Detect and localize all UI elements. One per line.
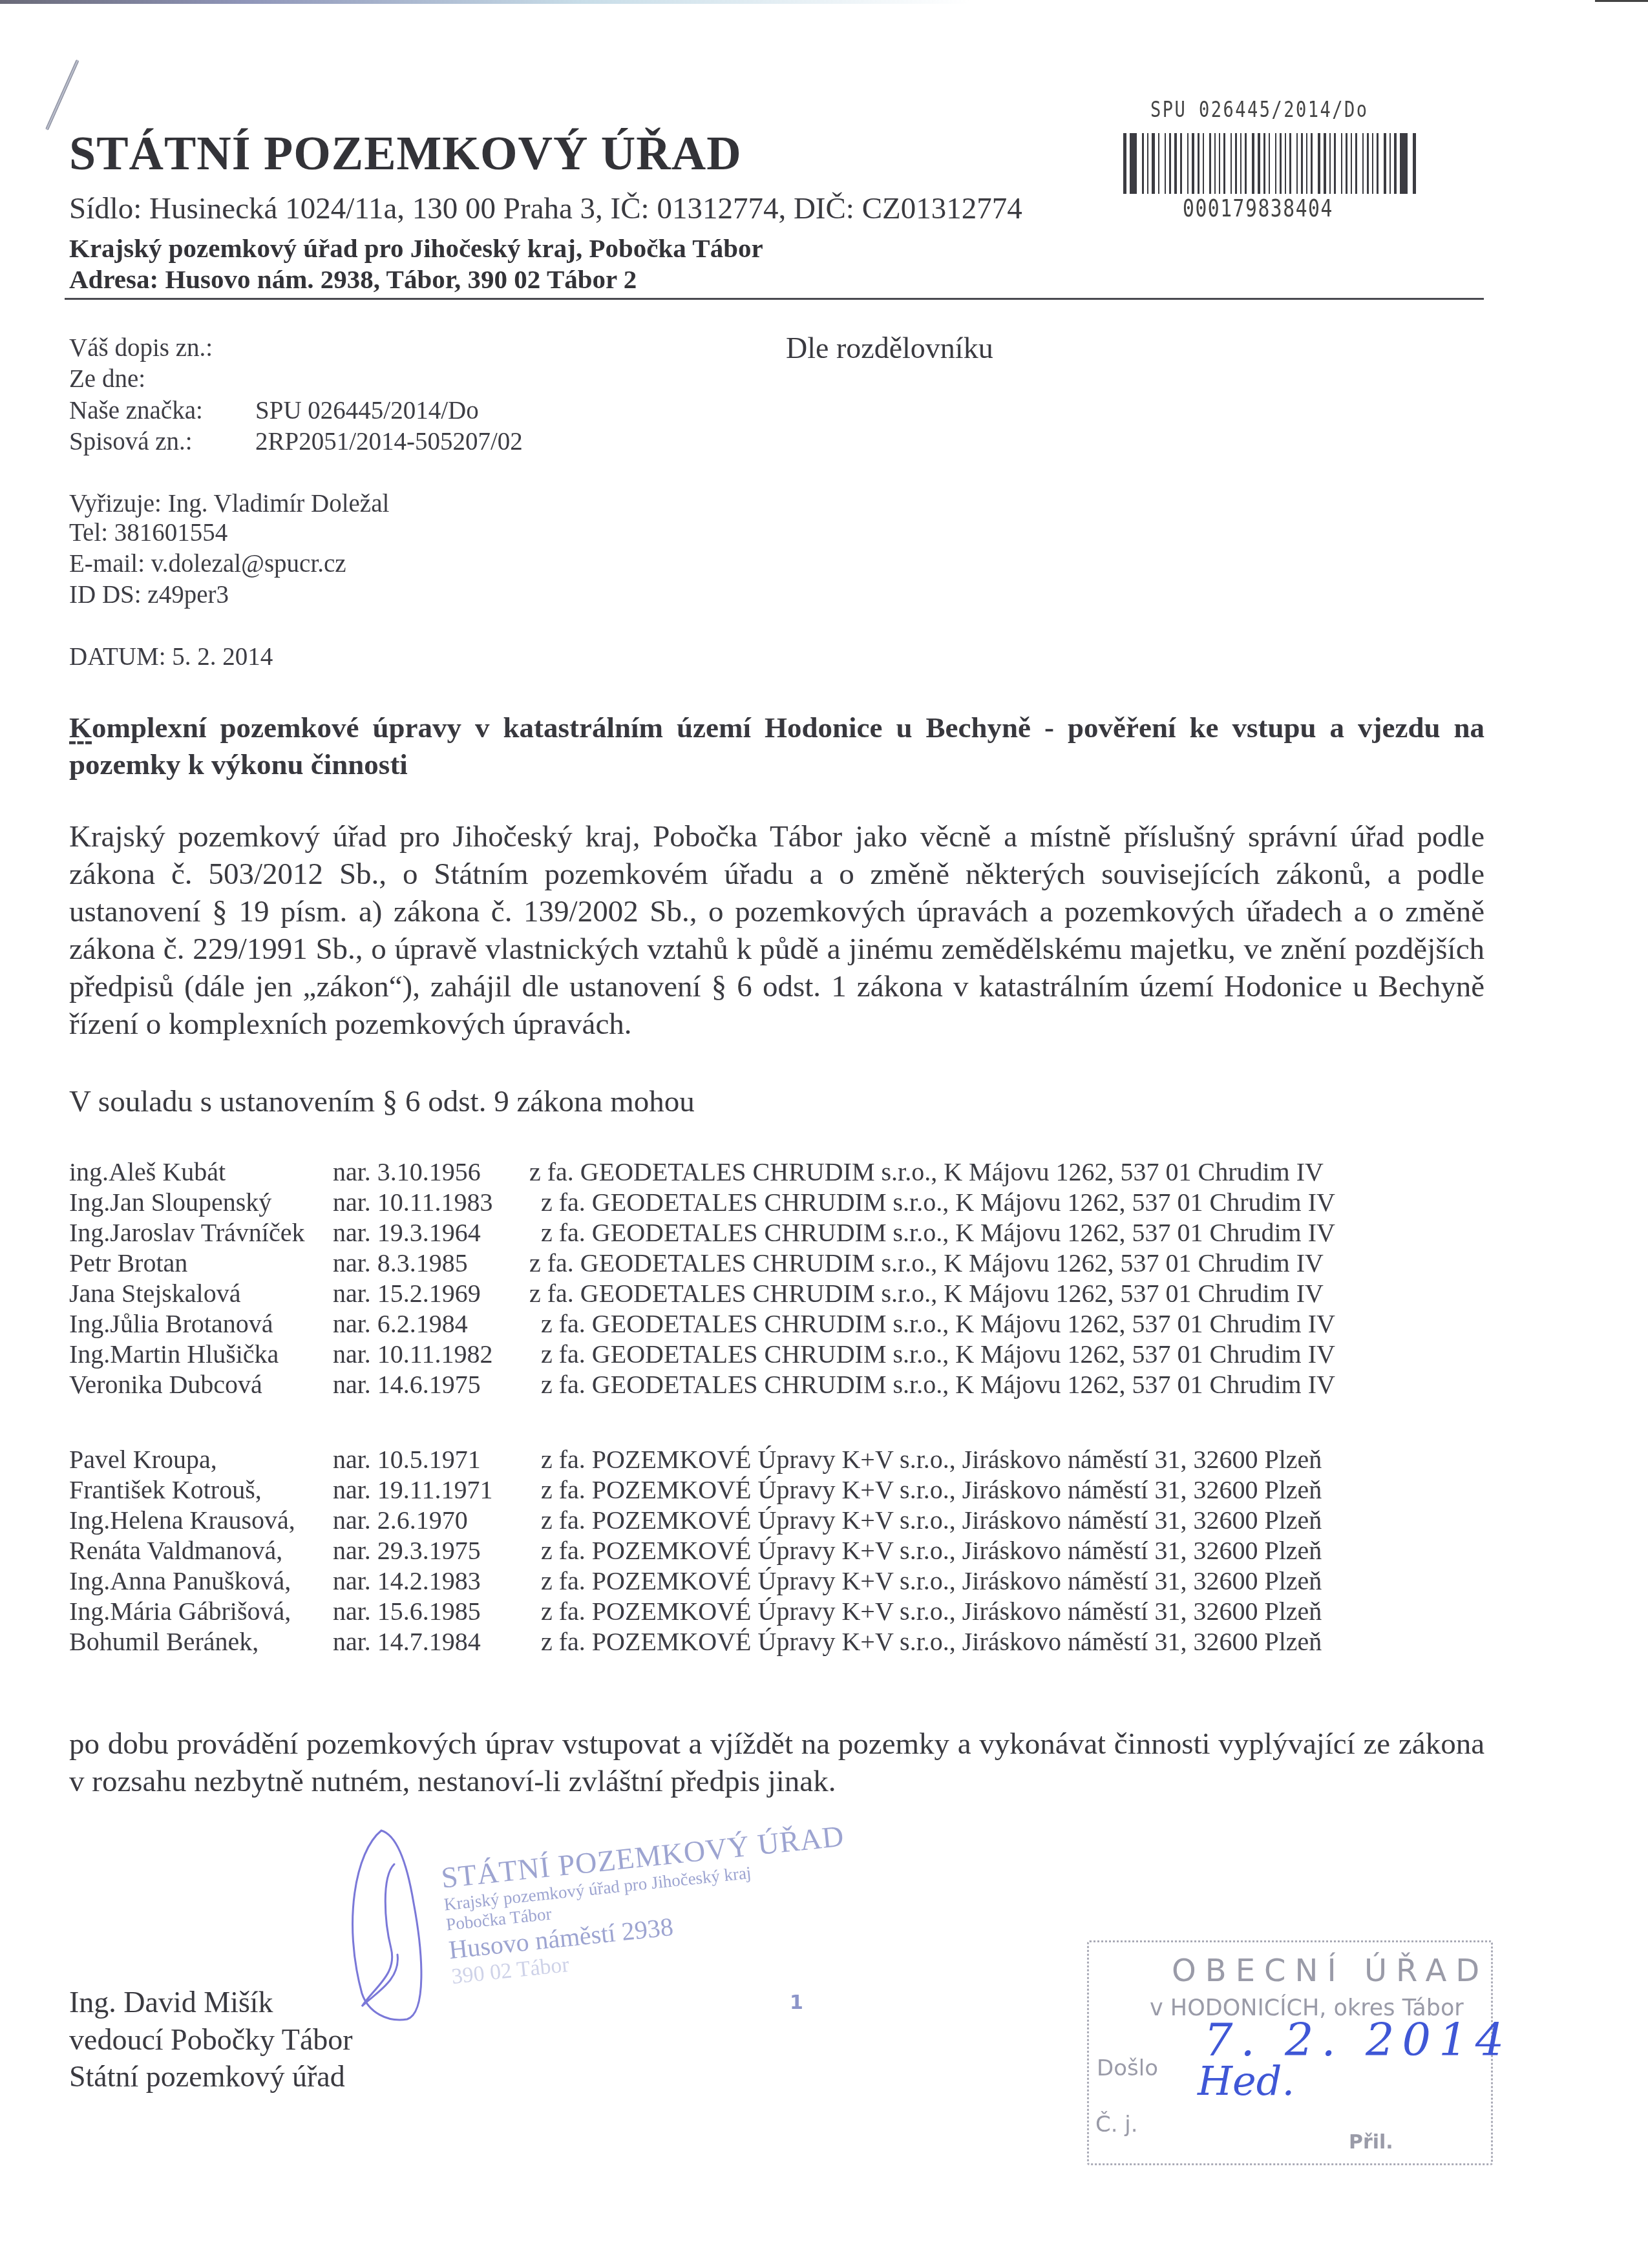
- person-name: Bohumil Beránek,: [69, 1626, 259, 1657]
- person-firm: z fa. POZEMKOVÉ Úpravy K+V s.r.o., Jirás…: [541, 1566, 1322, 1596]
- person-name: Petr Brotan: [69, 1248, 187, 1278]
- person-firm: z fa. GEODETALES CHRUDIM s.r.o., K Májov…: [541, 1369, 1335, 1400]
- signatory-name: Ing. David Mišík: [69, 1985, 273, 2019]
- person-birthdate: nar. 19.11.1971: [333, 1475, 492, 1505]
- contact-phone: Tel: 381601554: [69, 518, 227, 547]
- list-item: ing.Aleš Kubátnar. 3.10.1956z fa. GEODET…: [69, 1157, 1491, 1187]
- person-birthdate: nar. 6.2.1984: [333, 1308, 468, 1339]
- body-paragraph-2: V souladu s ustanovením § 6 odst. 9 záko…: [69, 1083, 1484, 1120]
- scan-edge-artifact: [0, 0, 969, 4]
- scan-corner-mark: [1595, 0, 1648, 2]
- barcode-reference: SPU 026445/2014/Do: [1150, 97, 1369, 122]
- person-name: ing.Aleš Kubát: [69, 1157, 226, 1187]
- signatory-organization: Státní pozemkový úřad: [69, 2059, 345, 2094]
- receipt-stamp-initials: Hed.: [1198, 2057, 1294, 2105]
- list-item: Jana Stejskalovánar. 15.2.1969z fa. GEOD…: [69, 1278, 1491, 1308]
- person-name: Ing.Anna Panušková,: [69, 1566, 291, 1596]
- reference-value-file: 2RP2051/2014-505207/02: [255, 427, 523, 456]
- person-name: Jana Stejskalová: [69, 1278, 241, 1308]
- recipient: Dle rozdělovníku: [786, 331, 993, 365]
- person-name: Ing.Jaroslav Trávníček: [69, 1217, 304, 1248]
- letterhead-title: STÁTNÍ POZEMKOVÝ ÚŘAD: [69, 127, 742, 182]
- receipt-stamp-received-label: Došlo: [1097, 2055, 1158, 2081]
- subject-heading: Komplexní pozemkové úpravy v katastrální…: [69, 709, 1484, 783]
- receipt-stamp-ref-label: Č. j.: [1095, 2112, 1138, 2137]
- person-firm: z fa. GEODETALES CHRUDIM s.r.o., K Májov…: [529, 1278, 1324, 1308]
- list-item: Ing.Anna Panušková,nar. 14.2.1983z fa. P…: [69, 1566, 1491, 1596]
- person-birthdate: nar. 14.6.1975: [333, 1369, 481, 1400]
- person-birthdate: nar. 2.6.1970: [333, 1505, 468, 1535]
- reference-value-our-ref: SPU 026445/2014/Do: [255, 396, 479, 425]
- person-name: Ing.Jůlia Brotanová: [69, 1308, 273, 1339]
- person-firm: z fa. GEODETALES CHRUDIM s.r.o., K Májov…: [529, 1248, 1324, 1278]
- list-item: František Kotrouš,nar. 19.11.1971z fa. P…: [69, 1475, 1491, 1505]
- persons-list-pozemkove-upravy: Pavel Kroupa,nar. 10.5.1971z fa. POZEMKO…: [69, 1444, 1491, 1657]
- person-firm: z fa. GEODETALES CHRUDIM s.r.o., K Májov…: [541, 1308, 1335, 1339]
- list-item: Ing.Jaroslav Trávníčeknar. 19.3.1964z fa…: [69, 1217, 1491, 1248]
- list-item: Veronika Dubcovánar. 14.6.1975z fa. GEOD…: [69, 1369, 1491, 1400]
- list-item: Ing.Martin Hlušičkanar. 10.11.1982z fa. …: [69, 1339, 1491, 1369]
- reference-label-date-from: Ze dne:: [69, 364, 145, 394]
- person-name: Ing.Martin Hlušička: [69, 1339, 279, 1369]
- receipt-stamp: OBECNÍ ÚŘAD v HODONICÍCH, okres Tábor Do…: [1087, 1940, 1493, 2165]
- person-firm: z fa. POZEMKOVÉ Úpravy K+V s.r.o., Jirás…: [541, 1535, 1322, 1566]
- list-item: Ing.Helena Krausová,nar. 2.6.1970z fa. P…: [69, 1505, 1491, 1535]
- person-birthdate: nar. 29.3.1975: [333, 1535, 481, 1566]
- office-stamp-number: 1: [790, 1991, 803, 2014]
- signature-icon: [336, 1825, 439, 2026]
- list-item: Ing.Mária Gábrišová,nar. 15.6.1985z fa. …: [69, 1596, 1491, 1626]
- reference-label-our-ref: Naše značka:: [69, 396, 203, 425]
- body-paragraph-1: Krajský pozemkový úřad pro Jihočeský kra…: [69, 818, 1484, 1043]
- person-firm: z fa. POZEMKOVÉ Úpravy K+V s.r.o., Jirás…: [541, 1596, 1322, 1626]
- person-firm: z fa. GEODETALES CHRUDIM s.r.o., K Májov…: [541, 1217, 1335, 1248]
- reference-label-your-letter: Váš dopis zn.:: [69, 333, 213, 362]
- list-item: Pavel Kroupa,nar. 10.5.1971z fa. POZEMKO…: [69, 1444, 1491, 1475]
- signatory-role: vedoucí Pobočky Tábor: [69, 2022, 353, 2057]
- contact-data-box: ID DS: z49per3: [69, 580, 229, 609]
- person-birthdate: nar. 15.6.1985: [333, 1596, 481, 1626]
- contact-handler: Vyřizuje: Ing. Vladimír Doležal: [69, 489, 389, 518]
- document-date: DATUM: 5. 2. 2014: [69, 642, 273, 671]
- barcode-number: 000179838404: [1183, 194, 1333, 222]
- receipt-stamp-title: OBECNÍ ÚŘAD: [1172, 1953, 1488, 1989]
- person-name: Ing.Helena Krausová,: [69, 1505, 295, 1535]
- list-item: Petr Brotannar. 8.3.1985z fa. GEODETALES…: [69, 1248, 1491, 1278]
- person-name: Veronika Dubcová: [69, 1369, 262, 1400]
- receipt-stamp-attachments-label: Přil.: [1349, 2131, 1393, 2154]
- subject-text: omplexní pozemkové úpravy v katastrálním…: [69, 711, 1484, 781]
- body-paragraph-3: po dobu provádění pozemkových úprav vstu…: [69, 1725, 1484, 1800]
- person-firm: z fa. GEODETALES CHRUDIM s.r.o., K Májov…: [529, 1157, 1324, 1187]
- list-item: Ing.Jan Sloupenskýnar. 10.11.1983z fa. G…: [69, 1187, 1491, 1217]
- person-birthdate: nar. 15.2.1969: [333, 1278, 481, 1308]
- subject-first-letter: K: [69, 711, 92, 744]
- person-name: František Kotrouš,: [69, 1475, 262, 1505]
- person-firm: z fa. POZEMKOVÉ Úpravy K+V s.r.o., Jirás…: [541, 1626, 1322, 1657]
- reference-label-file: Spisová zn.:: [69, 427, 193, 456]
- office-stamp: STÁTNÍ POZEMKOVÝ ÚŘAD Krajský pozemkový …: [439, 1818, 856, 1989]
- letterhead-divider: [65, 298, 1484, 300]
- person-firm: z fa. POZEMKOVÉ Úpravy K+V s.r.o., Jirás…: [541, 1505, 1322, 1535]
- letterhead-branch: Krajský pozemkový úřad pro Jihočeský kra…: [69, 233, 763, 264]
- person-birthdate: nar. 19.3.1964: [333, 1217, 481, 1248]
- person-birthdate: nar. 8.3.1985: [333, 1248, 468, 1278]
- person-birthdate: nar. 10.11.1982: [333, 1339, 492, 1369]
- person-birthdate: nar. 10.11.1983: [333, 1187, 492, 1217]
- person-name: Ing.Mária Gábrišová,: [69, 1596, 291, 1626]
- list-item: Bohumil Beránek,nar. 14.7.1984z fa. POZE…: [69, 1626, 1491, 1657]
- person-firm: z fa. GEODETALES CHRUDIM s.r.o., K Májov…: [541, 1339, 1335, 1369]
- staple-mark: [45, 59, 79, 131]
- person-name: Ing.Jan Sloupenský: [69, 1187, 271, 1217]
- person-firm: z fa. POZEMKOVÉ Úpravy K+V s.r.o., Jirás…: [541, 1475, 1322, 1505]
- persons-list-geodetales: ing.Aleš Kubátnar. 3.10.1956z fa. GEODET…: [69, 1157, 1491, 1400]
- person-birthdate: nar. 14.7.1984: [333, 1626, 481, 1657]
- contact-email: E-mail: v.dolezal@spucr.cz: [69, 549, 346, 578]
- person-birthdate: nar. 10.5.1971: [333, 1444, 481, 1475]
- person-firm: z fa. POZEMKOVÉ Úpravy K+V s.r.o., Jirás…: [541, 1444, 1322, 1475]
- person-name: Renáta Valdmanová,: [69, 1535, 282, 1566]
- barcode-icon: [1123, 133, 1419, 194]
- person-firm: z fa. GEODETALES CHRUDIM s.r.o., K Májov…: [541, 1187, 1335, 1217]
- list-item: Renáta Valdmanová,nar. 29.3.1975z fa. PO…: [69, 1535, 1491, 1566]
- list-item: Ing.Jůlia Brotanovánar. 6.2.1984z fa. GE…: [69, 1308, 1491, 1339]
- letterhead-address: Adresa: Husovo nám. 2938, Tábor, 390 02 …: [69, 264, 637, 295]
- person-name: Pavel Kroupa,: [69, 1444, 217, 1475]
- person-birthdate: nar. 3.10.1956: [333, 1157, 481, 1187]
- person-birthdate: nar. 14.2.1983: [333, 1566, 481, 1596]
- letterhead-seat: Sídlo: Husinecká 1024/11a, 130 00 Praha …: [69, 191, 1022, 226]
